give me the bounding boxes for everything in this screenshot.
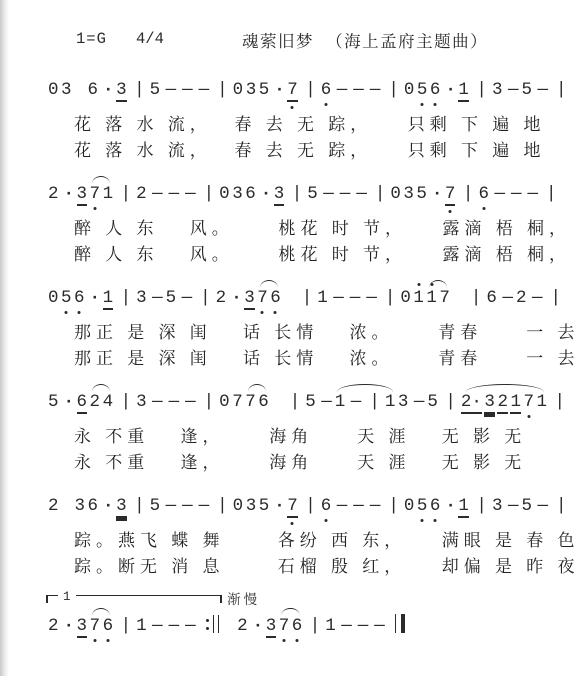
barline: | bbox=[121, 289, 132, 308]
barline: | bbox=[476, 497, 487, 516]
duration-dash: — bbox=[527, 185, 538, 204]
lyrics-line: 那正 是 深 闺 话 长情 浓。 青春 一 去 bbox=[44, 320, 567, 346]
system-6: 2·376|1———2·376|1———1渐慢 bbox=[44, 588, 567, 648]
note: 5 bbox=[427, 393, 438, 412]
lyrics-line: 醉 人 东 风。 桃花 时 节， 露滴 梧 桐， bbox=[44, 242, 567, 268]
dot-note: · bbox=[64, 393, 75, 412]
dot-note: · bbox=[253, 617, 264, 636]
duration-dash: — bbox=[182, 289, 193, 308]
note: 6 bbox=[74, 289, 85, 308]
duration-dash: — bbox=[169, 617, 180, 636]
duration-dash: — bbox=[370, 81, 381, 100]
barline: | bbox=[556, 497, 567, 516]
song-subtitle: （海上孟府主题曲） bbox=[326, 33, 488, 51]
song-title: 魂萦旧梦 bbox=[242, 33, 314, 51]
barline: | bbox=[200, 289, 211, 308]
tie-arc bbox=[429, 280, 447, 288]
barline: | bbox=[134, 81, 145, 100]
system-2: 2·371|2———|036·3|5———|035·7|6———|醉 人 东 风… bbox=[44, 172, 567, 268]
note: 3 bbox=[274, 185, 285, 204]
barline: | bbox=[445, 393, 456, 412]
note: 6 bbox=[478, 185, 489, 204]
key-signature: 1=G bbox=[76, 30, 107, 48]
note: 5 bbox=[417, 81, 428, 100]
note: 5 bbox=[521, 81, 532, 100]
duration-dash: — bbox=[333, 289, 344, 308]
barline: | bbox=[217, 81, 228, 100]
duration-dash: — bbox=[494, 185, 505, 204]
note: 1 bbox=[103, 289, 114, 308]
duration-dash: — bbox=[169, 393, 180, 412]
dot-note: · bbox=[274, 81, 285, 100]
note: 1 bbox=[317, 289, 328, 308]
barline: | bbox=[217, 497, 228, 516]
note: 0 bbox=[233, 81, 244, 100]
lyrics-line: 那正 是 深 闺 话 长情 浓。 青春 一 去 bbox=[44, 346, 567, 372]
repeat-barline bbox=[205, 615, 220, 633]
note: 3 bbox=[75, 497, 86, 516]
duration-dash: — bbox=[323, 185, 334, 204]
note: 6 bbox=[321, 497, 332, 516]
barline: | bbox=[305, 81, 316, 100]
notation-line-5: 236·3|5———|035·7|6———|056·1|3—5—| bbox=[44, 484, 567, 528]
duration-dash: — bbox=[337, 497, 348, 516]
note: 0 bbox=[400, 289, 411, 308]
note: 3 bbox=[116, 81, 127, 100]
note: 7 bbox=[439, 289, 450, 308]
note: 3 bbox=[246, 497, 257, 516]
duration-dash: — bbox=[340, 185, 351, 204]
note: 5 bbox=[521, 497, 532, 516]
notation-line-3: 056·1|3—5—|2·376|1———|0117|6—2—| bbox=[44, 276, 567, 320]
volta-number: 1 bbox=[58, 588, 76, 607]
duration-dash: — bbox=[166, 81, 177, 100]
sheet-body: 1=G 4/4 魂萦旧梦 （海上孟府主题曲） 036·3|5———|035·7|… bbox=[0, 0, 581, 648]
note: 7 bbox=[232, 393, 243, 412]
note: 5 bbox=[259, 497, 270, 516]
note: 7 bbox=[257, 289, 268, 308]
dot-note: · bbox=[103, 81, 114, 100]
barline: | bbox=[476, 81, 487, 100]
dot-note: · bbox=[445, 81, 456, 100]
score-header: 1=G 4/4 魂萦旧梦 （海上孟府主题曲） bbox=[44, 30, 567, 56]
note: 1 bbox=[426, 289, 437, 308]
duration-dash: — bbox=[182, 497, 193, 516]
note: 3 bbox=[246, 81, 257, 100]
final-barline bbox=[395, 614, 404, 633]
barline: | bbox=[369, 393, 380, 412]
note: 3 bbox=[266, 617, 277, 636]
duration-dash: — bbox=[537, 497, 548, 516]
lyrics-line: 永 不重 逢， 海角 天 涯 无 影 无 bbox=[44, 424, 567, 450]
barline: | bbox=[388, 497, 399, 516]
barline: | bbox=[385, 289, 396, 308]
duration-dash: — bbox=[182, 81, 193, 100]
duration-dash: — bbox=[414, 393, 425, 412]
dot-note: · bbox=[90, 289, 101, 308]
lyrics-line: 花 落 水 流， 春 去 无 踪， 只剩 下 遍 地 bbox=[44, 112, 567, 138]
note: 6 bbox=[103, 617, 114, 636]
lyrics-line: 醉 人 东 风。 桃花 时 节， 露滴 梧 桐， bbox=[44, 216, 567, 242]
note: 0 bbox=[404, 81, 415, 100]
dot-note: · bbox=[274, 497, 285, 516]
note: 3 bbox=[61, 81, 72, 100]
dot-note: · bbox=[445, 497, 456, 516]
barline: | bbox=[290, 393, 301, 412]
barline: | bbox=[305, 497, 316, 516]
note: 0 bbox=[219, 185, 230, 204]
note: 3 bbox=[244, 289, 255, 308]
note: 2 bbox=[216, 289, 227, 308]
barline: | bbox=[302, 289, 313, 308]
duration-dash: — bbox=[152, 617, 163, 636]
notation-line-4: 5·624|3———|0776|5—1—|13—5|2·32171| bbox=[44, 380, 567, 424]
note: 4 bbox=[103, 393, 114, 412]
note: 0 bbox=[390, 185, 401, 204]
duration-dash: — bbox=[351, 393, 362, 412]
note: 0 bbox=[219, 393, 230, 412]
note: 2· bbox=[461, 393, 482, 412]
volta-bracket: 1 bbox=[46, 595, 222, 604]
note: 6 bbox=[430, 497, 441, 516]
note: 3 bbox=[77, 185, 88, 204]
lyrics-line: 花 落 水 流， 春 去 无 踪， 只剩 下 遍 地 bbox=[44, 138, 567, 164]
system-5: 236·3|5———|035·7|6———|056·1|3—5—|踪。燕飞 蝶 … bbox=[44, 484, 567, 580]
note: 6 bbox=[77, 393, 88, 412]
note: 1 bbox=[510, 393, 521, 412]
title-block: 魂萦旧梦 （海上孟府主题曲） bbox=[242, 28, 488, 52]
duration-dash: — bbox=[358, 617, 369, 636]
note: 7 bbox=[90, 185, 101, 204]
duration-dash: — bbox=[337, 81, 348, 100]
note: 1 bbox=[103, 185, 114, 204]
duration-dash: — bbox=[185, 617, 196, 636]
system-1: 036·3|5———|035·7|6———|056·1|3—5—|花 落 水 流… bbox=[44, 68, 567, 164]
duration-dash: — bbox=[152, 185, 163, 204]
note: 2 bbox=[90, 393, 101, 412]
note: 1 bbox=[385, 393, 396, 412]
lyrics-line: 踪。燕飞 蝶 舞 各纷 西 东， 满眼 是 春 色 bbox=[44, 528, 567, 554]
time-signature: 4/4 bbox=[136, 30, 164, 48]
note: 0 bbox=[404, 497, 415, 516]
note: 6 bbox=[486, 289, 497, 308]
duration-dash: — bbox=[185, 393, 196, 412]
tie-arc bbox=[337, 384, 392, 392]
note: 6 bbox=[430, 81, 441, 100]
note: 7 bbox=[445, 185, 456, 204]
note: 1 bbox=[335, 393, 346, 412]
duration-dash: — bbox=[508, 497, 519, 516]
dot-note: · bbox=[432, 185, 443, 204]
note: 5 bbox=[150, 497, 161, 516]
note: 3 bbox=[136, 393, 147, 412]
note: 5 bbox=[417, 497, 428, 516]
duration-dash: — bbox=[169, 185, 180, 204]
note: 3 bbox=[484, 393, 495, 412]
notation-line-1: 036·3|5———|035·7|6———|056·1|3—5—| bbox=[44, 68, 567, 112]
tie-arc bbox=[92, 176, 110, 184]
barline: | bbox=[388, 81, 399, 100]
barline: | bbox=[555, 393, 566, 412]
note: 5 bbox=[48, 393, 59, 412]
duration-dash: — bbox=[199, 497, 210, 516]
system-3: 056·1|3—5—|2·376|1———|0117|6—2—|那正 是 深 闺… bbox=[44, 276, 567, 372]
note: 7 bbox=[279, 617, 290, 636]
notation-line-2: 2·371|2———|036·3|5———|035·7|6———| bbox=[44, 172, 567, 216]
system-4: 5·624|3———|0776|5—1—|13—5|2·32171|永 不重 逢… bbox=[44, 380, 567, 476]
duration-dash: — bbox=[166, 497, 177, 516]
note: 1 bbox=[413, 289, 424, 308]
note: 5 bbox=[166, 289, 177, 308]
dot-note: · bbox=[64, 185, 75, 204]
duration-dash: — bbox=[356, 185, 367, 204]
note: 3 bbox=[492, 497, 503, 516]
tie-arc bbox=[260, 280, 278, 288]
duration-dash: — bbox=[321, 393, 332, 412]
note: 3 bbox=[492, 81, 503, 100]
note: 7 bbox=[287, 497, 298, 516]
barline: | bbox=[121, 185, 132, 204]
note: 1 bbox=[536, 393, 547, 412]
duration-dash: — bbox=[511, 185, 522, 204]
note: 0 bbox=[233, 497, 244, 516]
barline: | bbox=[310, 617, 321, 636]
barline: | bbox=[546, 185, 557, 204]
barline: | bbox=[471, 289, 482, 308]
tie-arc bbox=[248, 384, 266, 392]
note: 5 bbox=[150, 81, 161, 100]
note: 2 bbox=[497, 393, 508, 412]
sheet-music-page: { "page": {"background":"#ffffff","ink":… bbox=[0, 0, 581, 676]
barline: | bbox=[550, 289, 561, 308]
note: 5 bbox=[416, 185, 427, 204]
note: 3 bbox=[398, 393, 409, 412]
barline: | bbox=[134, 497, 145, 516]
duration-dash: — bbox=[537, 81, 548, 100]
tie-arc bbox=[466, 384, 544, 392]
note: 7 bbox=[90, 617, 101, 636]
lyrics-line: 永 不重 逢， 海角 天 涯 无 影 无 bbox=[44, 450, 567, 476]
barline: | bbox=[121, 617, 132, 636]
note: 1 bbox=[458, 81, 469, 100]
dot-note: · bbox=[64, 617, 75, 636]
barline: | bbox=[204, 185, 215, 204]
duration-dash: — bbox=[508, 81, 519, 100]
dot-note: · bbox=[231, 289, 242, 308]
tie-arc bbox=[92, 608, 110, 616]
note: 6 bbox=[88, 497, 99, 516]
note: 6 bbox=[88, 81, 99, 100]
note: 2 bbox=[136, 185, 147, 204]
note: 2 bbox=[48, 185, 59, 204]
note: 1 bbox=[458, 497, 469, 516]
note: 6 bbox=[245, 185, 256, 204]
note: 6 bbox=[270, 289, 281, 308]
note: 2 bbox=[516, 289, 527, 308]
note: 1 bbox=[325, 617, 336, 636]
note: 0 bbox=[48, 289, 59, 308]
note: 7 bbox=[523, 393, 534, 412]
note: 5 bbox=[61, 289, 72, 308]
barline: | bbox=[292, 185, 303, 204]
dot-note: · bbox=[103, 497, 114, 516]
barline: | bbox=[556, 81, 567, 100]
note: 3 bbox=[232, 185, 243, 204]
note: 5 bbox=[307, 185, 318, 204]
systems: 036·3|5———|035·7|6———|056·1|3—5—|花 落 水 流… bbox=[44, 68, 567, 648]
note: 6 bbox=[258, 393, 269, 412]
barline: | bbox=[375, 185, 386, 204]
tempo-mark: 渐慢 bbox=[227, 592, 260, 611]
duration-dash: — bbox=[532, 289, 543, 308]
note: 5 bbox=[259, 81, 270, 100]
duration-dash: — bbox=[341, 617, 352, 636]
duration-dash: — bbox=[353, 81, 364, 100]
note: 1 bbox=[136, 617, 147, 636]
duration-dash: — bbox=[350, 289, 361, 308]
note: 2 bbox=[48, 497, 59, 516]
duration-dash: — bbox=[374, 617, 385, 636]
note: 7 bbox=[287, 81, 298, 100]
note: 3 bbox=[403, 185, 414, 204]
duration-dash: — bbox=[353, 497, 364, 516]
duration-dash: — bbox=[370, 497, 381, 516]
dot-note: · bbox=[261, 185, 272, 204]
duration-dash: — bbox=[185, 185, 196, 204]
note: 3 bbox=[136, 289, 147, 308]
duration-dash: — bbox=[199, 81, 210, 100]
barline: | bbox=[204, 393, 215, 412]
note: 2 bbox=[48, 617, 59, 636]
barline: | bbox=[121, 393, 132, 412]
barline: | bbox=[463, 185, 474, 204]
notation-line-6: 2·376|1———2·376|1———1渐慢 bbox=[44, 588, 567, 648]
note: 5 bbox=[305, 393, 316, 412]
duration-dash: — bbox=[152, 393, 163, 412]
note: 6 bbox=[321, 81, 332, 100]
duration-dash: — bbox=[152, 289, 163, 308]
duration-dash: — bbox=[366, 289, 377, 308]
note: 2 bbox=[237, 617, 248, 636]
note: 3 bbox=[116, 497, 127, 516]
note: 0 bbox=[48, 81, 59, 100]
duration-dash: — bbox=[502, 289, 513, 308]
tie-arc bbox=[281, 608, 299, 616]
lyrics-line: 踪。断无 消 息 石榴 殷 红， 却偏 是 昨 夜 bbox=[44, 554, 567, 580]
tie-arc bbox=[92, 384, 110, 392]
note: 7 bbox=[245, 393, 256, 412]
note: 6 bbox=[292, 617, 303, 636]
note: 3 bbox=[77, 617, 88, 636]
